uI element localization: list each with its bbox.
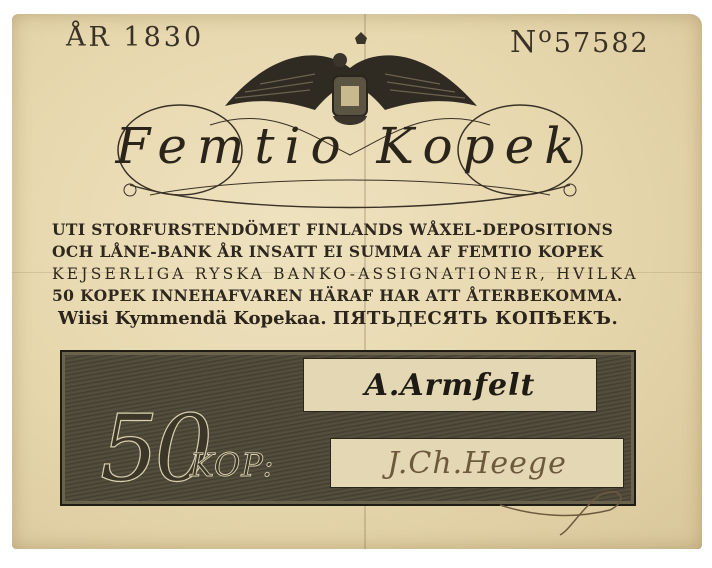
text-line: OCH LÅNE-BANK ÅR INSATT EI SUMMA AF FEMT… <box>52 241 682 263</box>
serial-number: 57582 <box>554 28 650 59</box>
signature-box-1: A.Armfelt <box>303 358 597 412</box>
russian-text: ПЯТЬДЕСЯТЬ КОПѢЕКЪ. <box>333 308 618 329</box>
text-line: 50 KOPEK INNEHAFVAREN HÄRAF HAR ATT ÅTER… <box>52 285 682 307</box>
text-line: KEJSERLIGA RYSKA BANKO-ASSIGNATIONER, HV… <box>52 263 682 285</box>
signature-1: A.Armfelt <box>304 359 596 411</box>
numero-sign-suffix: o <box>538 22 554 48</box>
denomination-title: Femtio Kopek <box>110 117 590 175</box>
promissory-text: UTI STORFURSTENDÖMET FINLANDS WÅXEL-DEPO… <box>52 219 682 307</box>
title-cartouche: Femtio Kopek <box>110 95 590 210</box>
serial-number-label: No57582 <box>510 22 650 60</box>
translation-line: Wiisi Kymmendä Kopekaa. ПЯТЬДЕСЯТЬ КОПѢЕ… <box>58 308 688 329</box>
numero-sign: N <box>510 25 538 60</box>
signature-flourish-icon <box>490 480 640 540</box>
finnish-text: Wiisi Kymmendä Kopekaa. <box>58 308 327 329</box>
issue-year: ÅR 1830 <box>66 22 204 53</box>
text-line: UTI STORFURSTENDÖMET FINLANDS WÅXEL-DEPO… <box>52 219 682 241</box>
denomination-unit: KOP: <box>190 446 274 484</box>
